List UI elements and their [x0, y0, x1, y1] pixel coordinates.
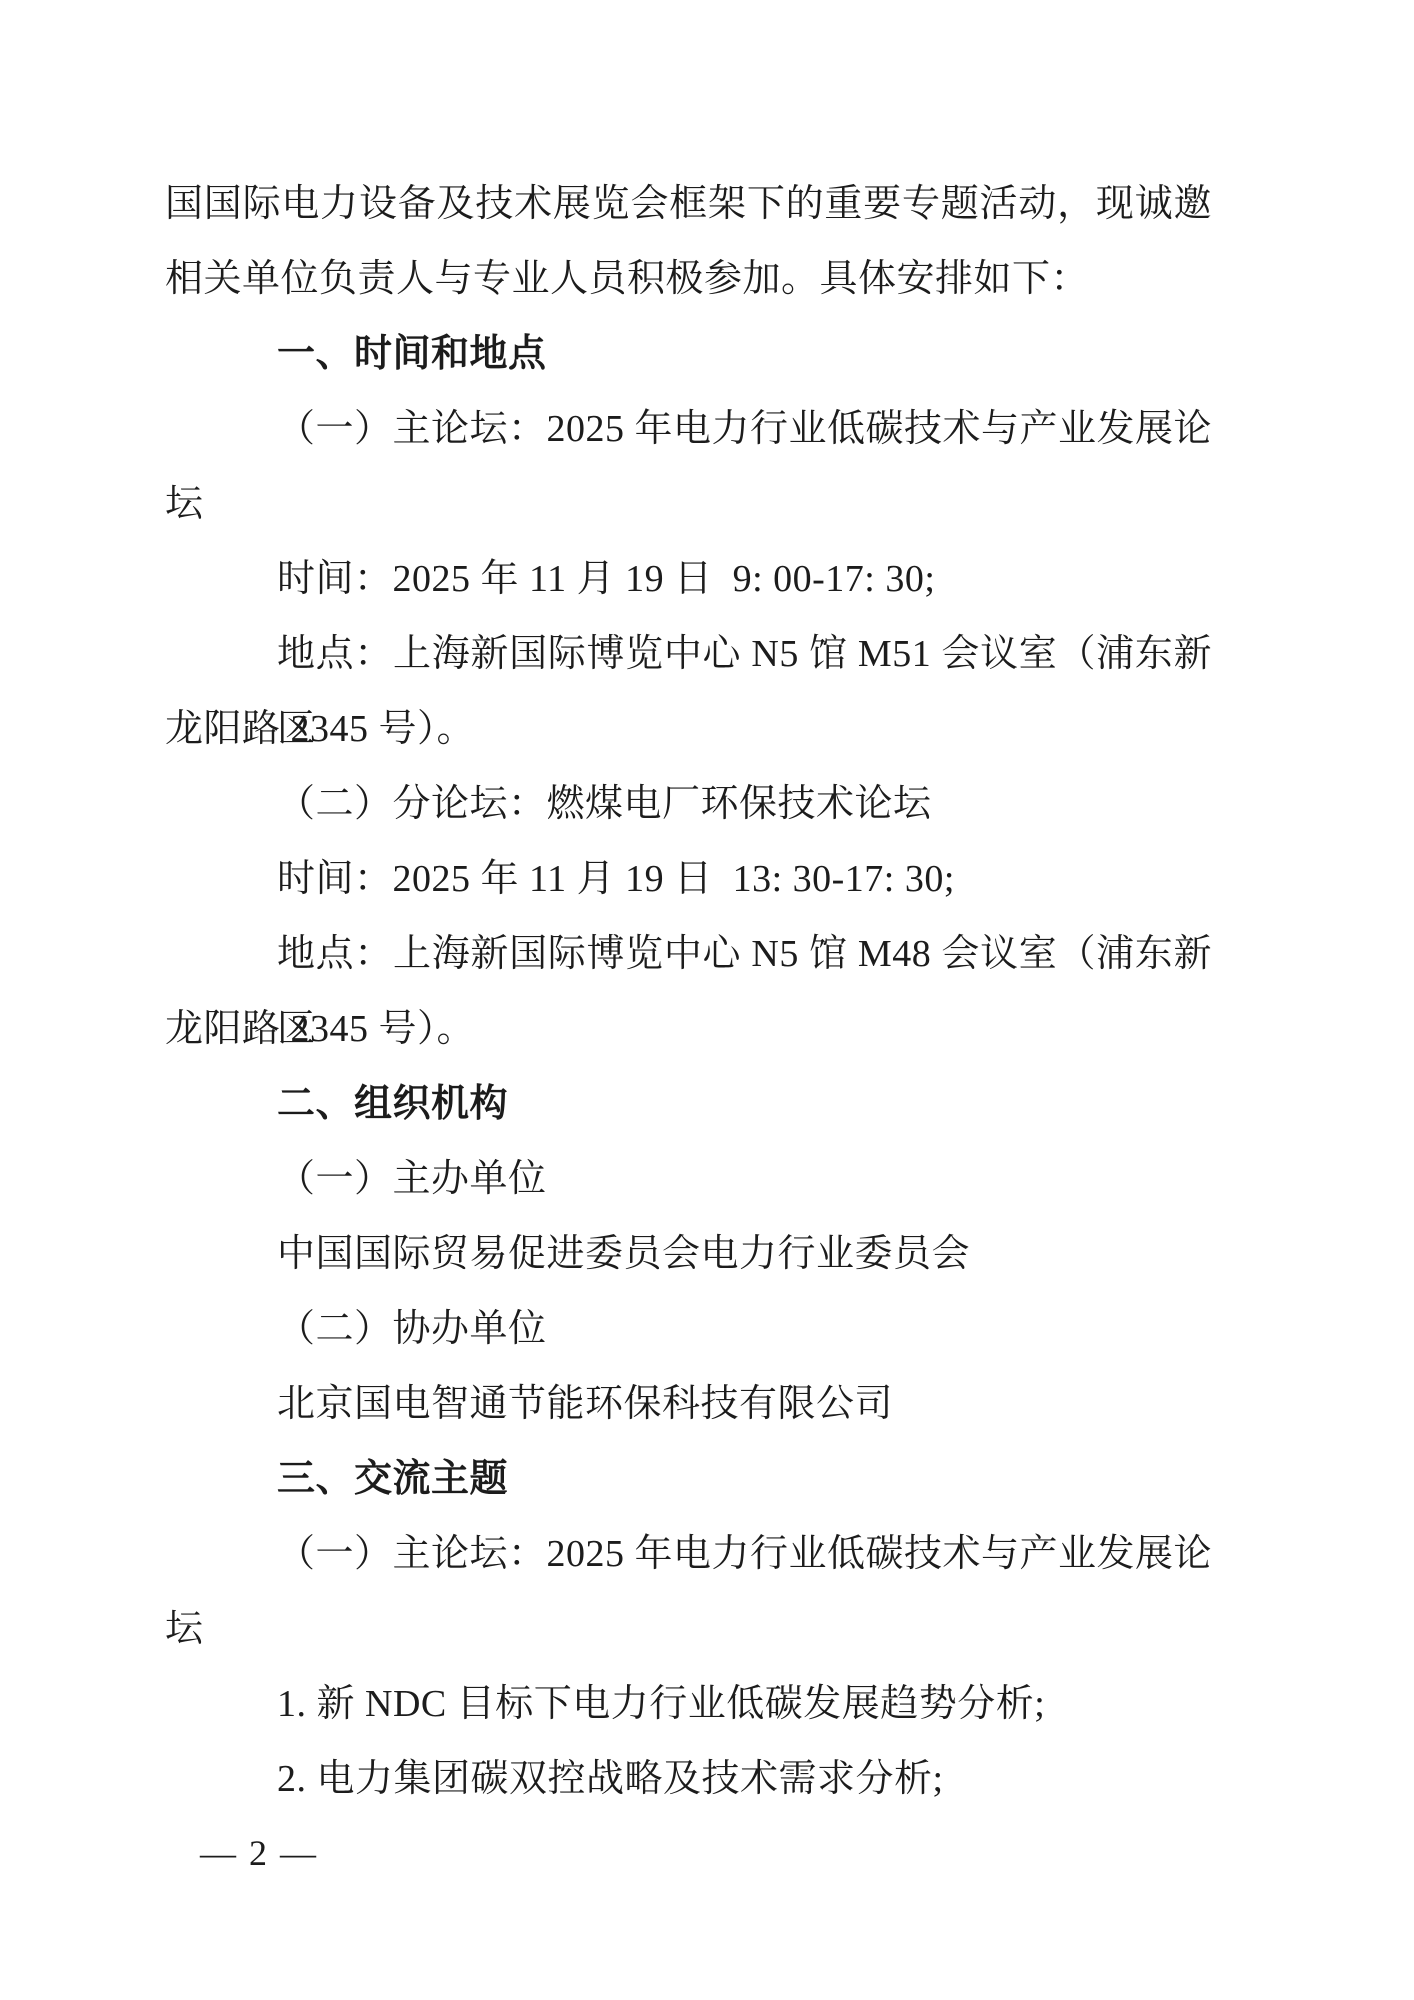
body-line: 相关单位负责人与专业人员积极参加。具体安排如下：	[165, 242, 1212, 317]
section-heading: 一、时间和地点	[165, 317, 1212, 392]
body-line: 龙阳路 2345 号）。	[165, 692, 1212, 767]
body-line: 地点：上海新国际博览中心 N5 馆 M48 会议室（浦东新区	[165, 917, 1212, 992]
body-line: 龙阳路 2345 号）。	[165, 992, 1212, 1067]
document-page: 国国际电力设备及技术展览会框架下的重要专题活动，现诚邀相关单位负责人与专业人员积…	[0, 0, 1414, 2000]
document-text-block: 国国际电力设备及技术展览会框架下的重要专题活动，现诚邀相关单位负责人与专业人员积…	[165, 167, 1212, 1817]
section-heading: 三、交流主题	[165, 1442, 1212, 1517]
section-heading: 二、组织机构	[165, 1067, 1212, 1142]
subsection-heading: （一）主论坛：2025 年电力行业低碳技术与产业发展论	[165, 392, 1212, 467]
body-line: 时间：2025 年 11 月 19 日 13: 30-17: 30;	[165, 842, 1212, 917]
body-line: 1. 新 NDC 目标下电力行业低碳发展趋势分析;	[165, 1667, 1212, 1742]
subsection-heading: （一）主论坛：2025 年电力行业低碳技术与产业发展论	[165, 1517, 1212, 1592]
subsection-heading: 坛	[165, 1592, 1212, 1667]
body-line: 北京国电智通节能环保科技有限公司	[165, 1367, 1212, 1442]
body-line: 时间：2025 年 11 月 19 日 9: 00-17: 30;	[165, 542, 1212, 617]
body-line: 中国国际贸易促进委员会电力行业委员会	[165, 1217, 1212, 1292]
page-number: — 2 —	[200, 1828, 318, 1878]
subsection-heading: （二）分论坛：燃煤电厂环保技术论坛	[165, 767, 1212, 842]
subsection-heading: （二）协办单位	[165, 1292, 1212, 1367]
body-line: 2. 电力集团碳双控战略及技术需求分析;	[165, 1742, 1212, 1817]
body-line: 地点：上海新国际博览中心 N5 馆 M51 会议室（浦东新区	[165, 617, 1212, 692]
body-line: 国国际电力设备及技术展览会框架下的重要专题活动，现诚邀	[165, 167, 1212, 242]
subsection-heading: （一）主办单位	[165, 1142, 1212, 1217]
subsection-heading: 坛	[165, 467, 1212, 542]
